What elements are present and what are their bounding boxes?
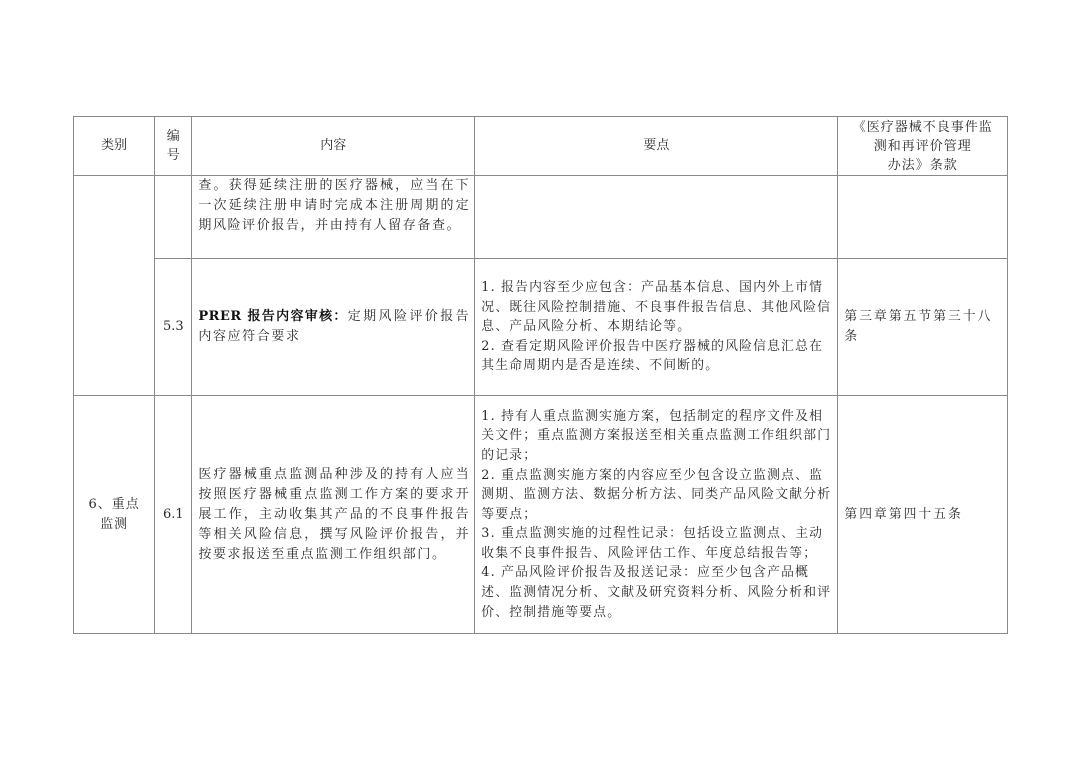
key-point-item: 2. 重点监测实施方案的内容应至少包含设立监测点、监测期、监测方法、数据分析方法… [481,466,833,525]
key-point-item: 2. 查看定期风险评价报告中医疗器械的风险信息汇总在其生命周期内是否是连续、不间… [481,337,833,376]
key-point-item: 4. 产品风险评价报告及报送记录：应至少包含产品概述、监测情况分析、文献及研究资… [481,563,833,622]
header-category: 类别 [74,117,155,176]
key-points-list: 1. 报告内容至少应包含：产品基本信息、国内外上市情况、既往风险控制措施、不良事… [475,278,837,376]
table-row: 查。获得延续注册的医疗器械，应当在下一次延续注册申请时完成本注册周期的定期风险评… [74,176,1008,259]
number-label: 6.1 [163,507,184,522]
category-cell: 6、重点监测 [74,396,155,634]
key-points-list: 1. 持有人重点监测实施方案，包括制定的程序文件及相关文件；重点监测方案报送至相… [475,407,837,623]
clause-cell: 第三章第五节第三十八条 [838,259,1008,396]
header-key-points: 要点 [475,117,838,176]
key-points-cell: 1. 持有人重点监测实施方案，包括制定的程序文件及相关文件；重点监测方案报送至相… [475,396,838,634]
header-clause: 《医疗器械不良事件监 测和再评价管理 办法》条款 [838,117,1008,176]
header-number-line1: 编 [155,127,191,146]
number-label: 5.3 [163,319,184,334]
regulation-table: 类别 编 号 内容 要点 《医疗器械不良事件监 测和再评价管理 办法》条款 查。… [73,116,1008,634]
header-clause-line3: 办法》条款 [838,156,1007,175]
key-points-cell [475,176,838,259]
clause-text: 第三章第五节第三十八条 [838,307,1007,347]
table-row: 5.3 PRER 报告内容审核：定期风险评价报告内容应符合要求 1. 报告内容至… [74,259,1008,396]
header-number-line2: 号 [155,146,191,165]
header-row: 类别 编 号 内容 要点 《医疗器械不良事件监 测和再评价管理 办法》条款 [74,117,1008,176]
content-text: 查。获得延续注册的医疗器械，应当在下一次延续注册申请时完成本注册周期的定期风险评… [192,176,474,236]
key-point-item: 3. 重点监测实施的过程性记录：包括设立监测点、主动收集不良事件报告、风险评估工… [481,524,833,563]
clause-text: 第四章第四十五条 [838,505,1007,525]
clause-cell [838,176,1008,259]
category-cell [74,176,155,396]
key-point-item: 1. 报告内容至少应包含：产品基本信息、国内外上市情况、既往风险控制措施、不良事… [481,278,833,337]
header-number: 编 号 [155,117,192,176]
header-clause-line2: 测和再评价管理 [838,137,1007,156]
key-points-cell: 1. 报告内容至少应包含：产品基本信息、国内外上市情况、既往风险控制措施、不良事… [475,259,838,396]
clause-cell: 第四章第四十五条 [838,396,1008,634]
content-cell: 医疗器械重点监测品种涉及的持有人应当按照医疗器械重点监测工作方案的要求开展工作，… [192,396,475,634]
header-content-label: 内容 [320,138,346,153]
header-category-label: 类别 [101,138,127,153]
table-row: 6、重点监测 6.1 医疗器械重点监测品种涉及的持有人应当按照医疗器械重点监测工… [74,396,1008,634]
content-bold-label: PRER 报告内容审核： [198,309,347,324]
content-text: PRER 报告内容审核：定期风险评价报告内容应符合要求 [192,307,474,347]
content-cell: PRER 报告内容审核：定期风险评价报告内容应符合要求 [192,259,475,396]
number-cell [155,176,192,259]
number-cell: 6.1 [155,396,192,634]
category-label: 6、重点监测 [74,495,154,535]
key-point-item: 1. 持有人重点监测实施方案，包括制定的程序文件及相关文件；重点监测方案报送至相… [481,407,833,466]
content-cell: 查。获得延续注册的医疗器械，应当在下一次延续注册申请时完成本注册周期的定期风险评… [192,176,475,259]
header-clause-line1: 《医疗器械不良事件监 [838,118,1007,137]
header-content: 内容 [192,117,475,176]
header-key-points-label: 要点 [643,138,669,153]
content-text: 医疗器械重点监测品种涉及的持有人应当按照医疗器械重点监测工作方案的要求开展工作，… [192,465,474,565]
number-cell: 5.3 [155,259,192,396]
